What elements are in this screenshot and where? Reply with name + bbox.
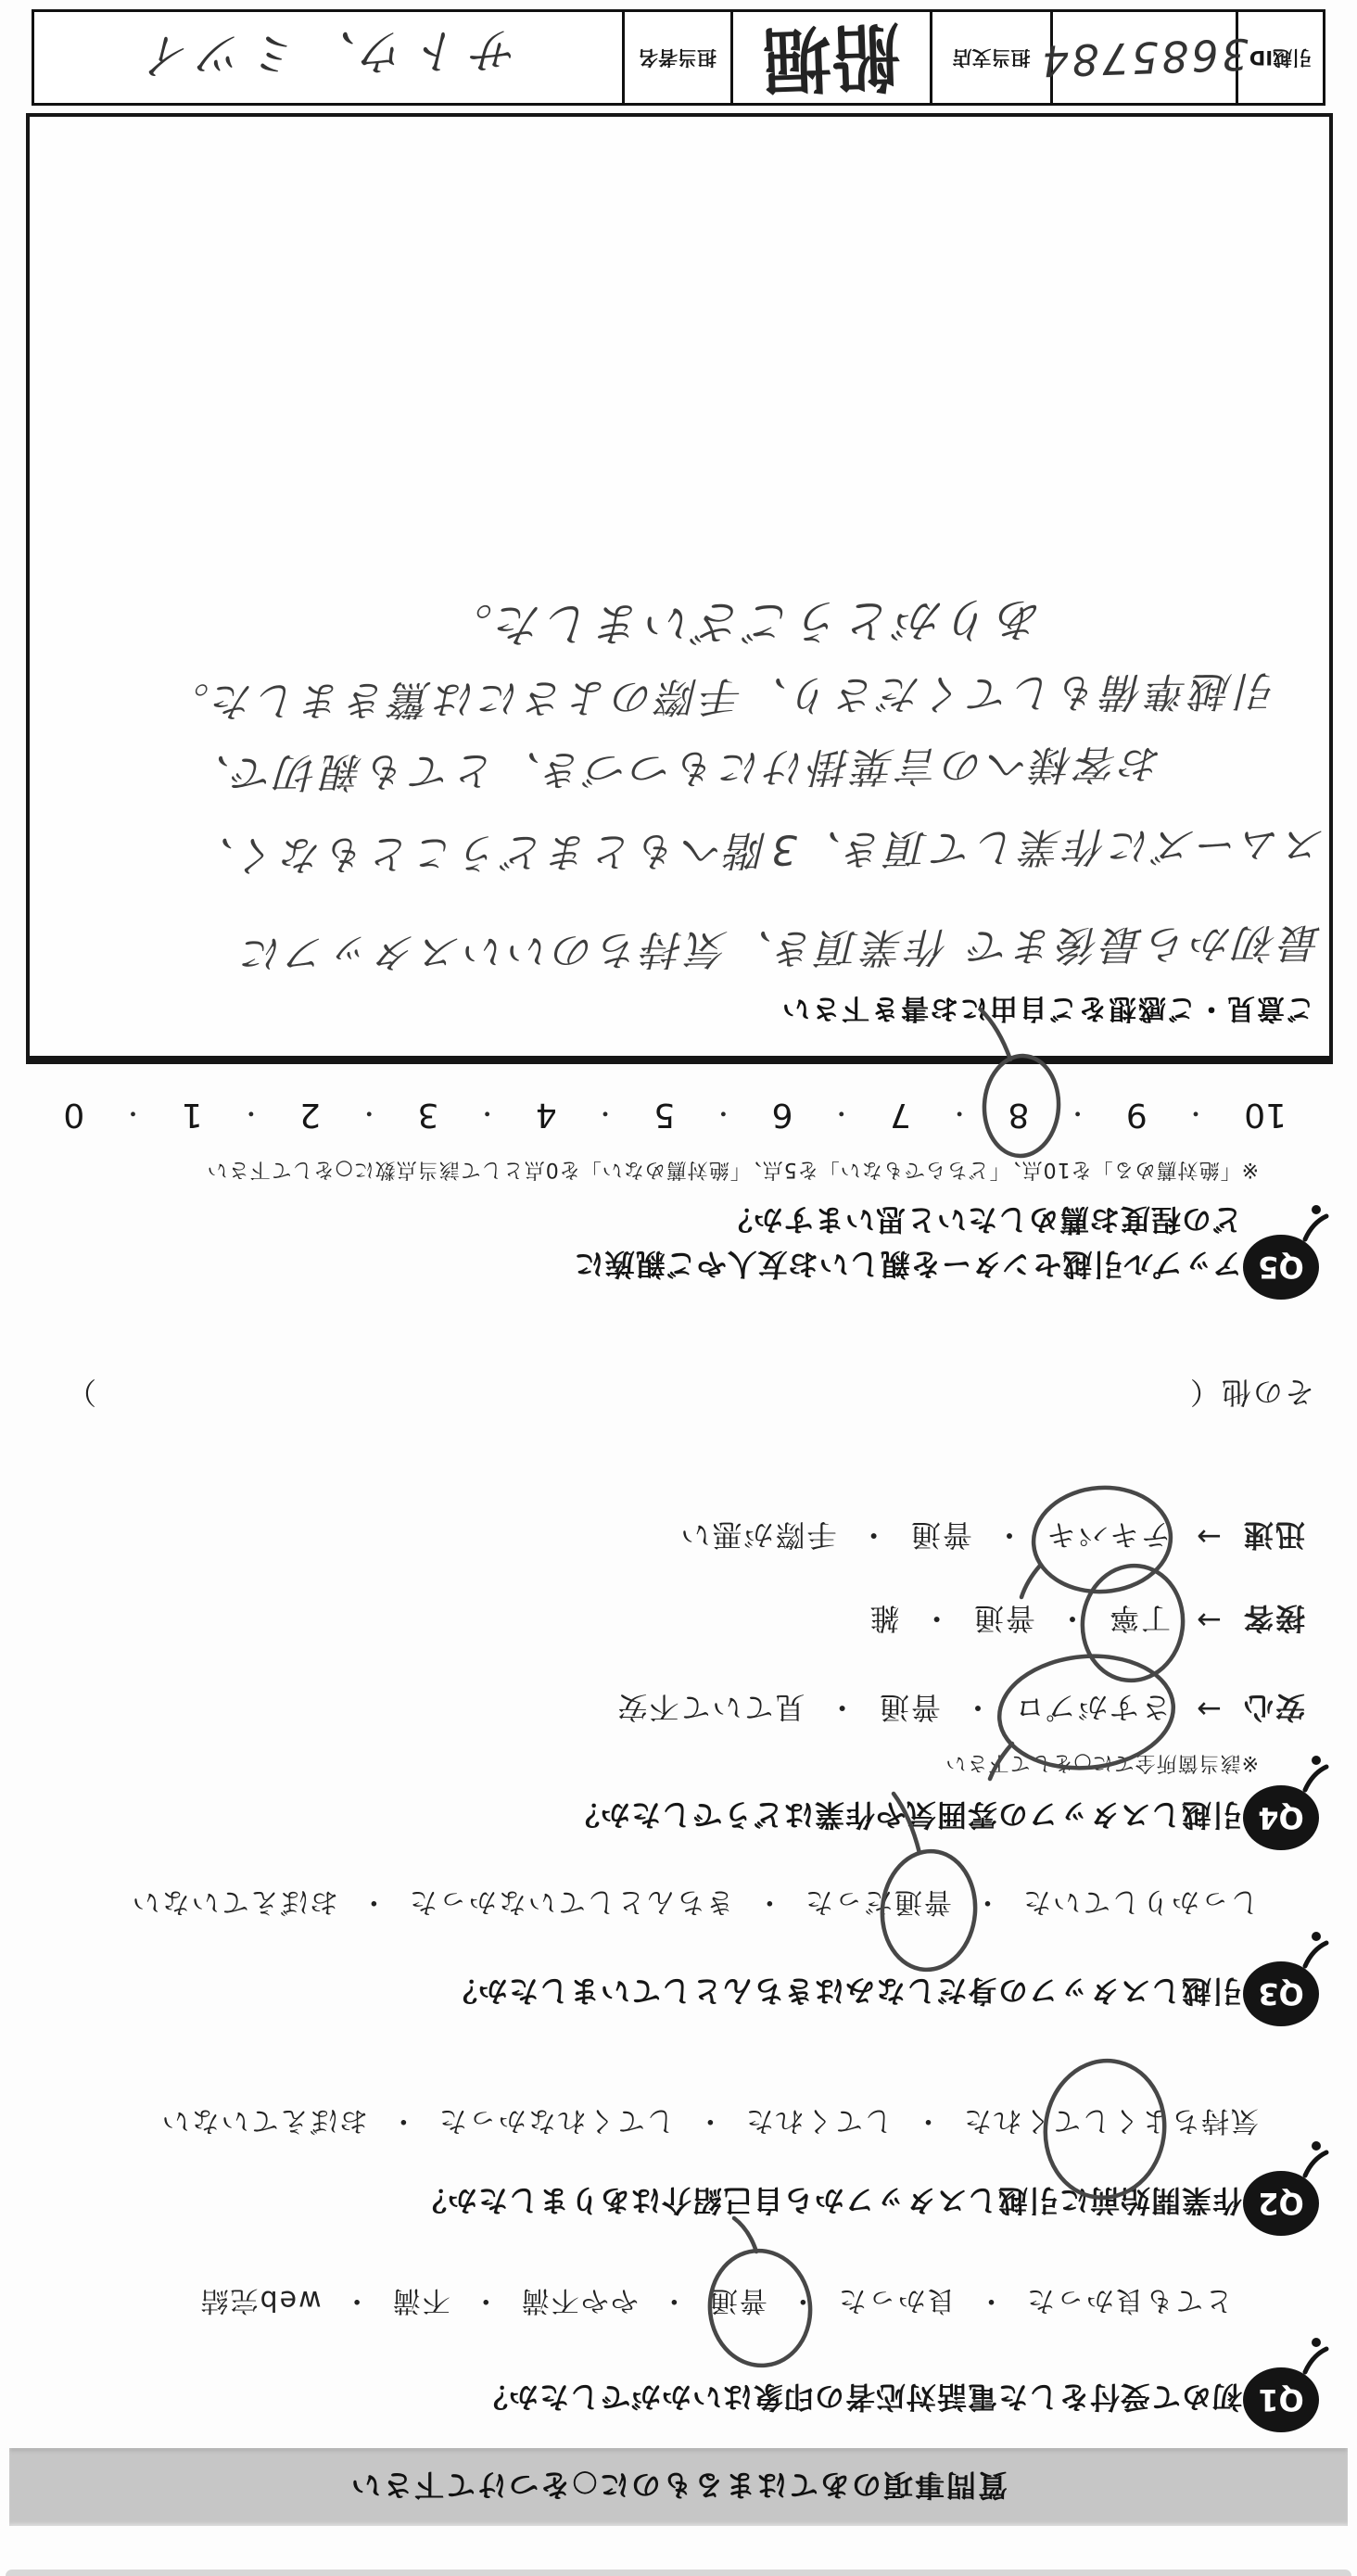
q3-badge-icon: Q3	[1231, 1927, 1333, 2031]
q2-question: 作業開始前に引越しスタッフから自己紹介はありましたか？	[416, 2181, 1242, 2224]
q4-other-close: ）	[65, 1373, 96, 1415]
q2-badge-label: Q2	[1258, 2186, 1303, 2221]
q2-options: 気持ちよくしてくれた ・ してくれた ・ してくれなかった ・ おぼえていない	[160, 2103, 1259, 2144]
q5-question-line2: どの程度お薦めしたいと思いますか？	[722, 1200, 1242, 1243]
staff-name-handwritten: サトウ、ミツイ	[136, 19, 520, 95]
scale-dot: ・	[1066, 1098, 1090, 1132]
q5-note: ※「絶対薦める」を10点、「どちらでもない」を5点、「絶対薦めない」を0点として…	[207, 1157, 1259, 1186]
q5-badge-label: Q5	[1258, 1250, 1303, 1285]
scanned-survey-page: 質問事項のあてはまるものに○をつけて下さい Q1 初めて受付をした電話対応者の印…	[0, 0, 1357, 2576]
q5-badge-icon: Q5	[1231, 1200, 1333, 1304]
handwritten-comment-line-1: 最初から最後まで 作業頂き、気持ちのいいスタッフに	[238, 917, 1322, 987]
scale-8: 8	[1008, 1096, 1029, 1134]
q4-row-jinsoku: 迅速 → テキパキ ・ 普通 ・ 手際が悪い	[678, 1516, 1305, 1558]
scale-4: 4	[536, 1096, 557, 1134]
q4-badge-label: Q4	[1258, 1800, 1303, 1835]
q1-badge-label: Q1	[1258, 2382, 1303, 2417]
scale-dot: ・	[830, 1098, 854, 1132]
q4-row-jinsoku-options: テキパキ ・ 普通 ・ 手際が悪い	[678, 1516, 1171, 1558]
scan-paper-edge	[6, 2570, 1351, 2576]
scale-9: 9	[1126, 1096, 1148, 1134]
scale-dot: ・	[357, 1098, 381, 1132]
scale-dot: ・	[120, 1098, 145, 1132]
q5-question-line1: アップル引越センターを親しいお友人やご親族に	[574, 1245, 1242, 1288]
q1-options: とても良かった ・ 良かった ・ 普通 ・ やや不満 ・ 不満 ・ web完結	[199, 2283, 1233, 2324]
arrow-icon: →	[1195, 1692, 1222, 1727]
arrow-icon: →	[1195, 1603, 1222, 1638]
q4-other-open: その他（	[1188, 1373, 1314, 1415]
scale-7: 7	[890, 1096, 911, 1134]
handwritten-comment-line-2: スムーズに作業して頂き、3階へもとまどうこともなく、	[190, 818, 1326, 890]
scale-0: 0	[63, 1096, 84, 1134]
q4-question: 引越しスタッフの雰囲気や作業はどうでしたか？	[569, 1796, 1242, 1838]
q3-options: しっかりしていた ・ 普通だった ・ きちんとしていなかった ・ おぼえていない	[131, 1884, 1259, 1925]
q4-row-anshin-options: さすがプロ ・ 普通 ・ 見ていて不安	[615, 1688, 1171, 1731]
scale-10: 10	[1244, 1096, 1287, 1134]
q4-row-sekkyaku-label: 接客	[1242, 1599, 1305, 1642]
q4-note: ※該当箇所全てに○をして下さい	[945, 1750, 1259, 1779]
scale-3: 3	[417, 1096, 438, 1134]
scale-dot: ・	[239, 1098, 263, 1132]
moving-id-value: 3685784	[1050, 12, 1236, 103]
q3-question: 引越しスタッフの身だしなみはきちんとしていましたか？	[447, 1972, 1242, 2014]
moving-id-handwritten: 3685784	[1039, 29, 1250, 86]
scale-dot: ・	[711, 1098, 735, 1132]
branch-handwritten: 船堀	[762, 21, 901, 93]
branch-value: 船堀	[730, 12, 930, 103]
staff-name-value: サトウ、ミツイ	[34, 12, 622, 103]
arrow-icon: →	[1195, 1519, 1222, 1554]
comment-box: ご意見・ご感想をご自由にお書き下さい 最初から最後まで 作業頂き、気持ちのいいス…	[26, 113, 1333, 1064]
survey-sheet-rotated-180: 質問事項のあてはまるものに○をつけて下さい Q1 初めて受付をした電話対応者の印…	[0, 0, 1357, 2576]
scale-5: 5	[653, 1096, 675, 1134]
handwritten-comment-line-4: 引越準備もしてくださり、手際のよさには驚きました。	[165, 665, 1278, 736]
q1-question: 初めて受付をした電話対応者の印象はいかがでしたか？	[477, 2378, 1242, 2420]
scale-dot: ・	[593, 1098, 617, 1132]
q4-row-sekkyaku: 接客 → 丁寧 ・ 普通 ・ 雑	[868, 1599, 1305, 1642]
handwritten-comment-line-3: お客様への言葉掛けにもつづき、とても親切で、	[185, 737, 1162, 806]
staff-id-table: 引越ID 3685784 担当支店 船堀 担当者名 サトウ、ミツイ	[32, 9, 1325, 106]
scale-2: 2	[299, 1096, 321, 1134]
q4-row-sekkyaku-options: 丁寧 ・ 普通 ・ 雑	[868, 1599, 1171, 1642]
q1-badge-icon: Q1	[1231, 2333, 1333, 2437]
q2-badge-icon: Q2	[1231, 2137, 1333, 2240]
q4-row-anshin-label: 安心	[1242, 1688, 1305, 1731]
q4-other-blank-field	[96, 1373, 1188, 1415]
handwritten-comment-line-5: ありがとうございました。	[443, 590, 1045, 663]
q3-badge-label: Q3	[1258, 1976, 1303, 2011]
comment-box-header: ご意見・ご感想をご自由にお書き下さい	[780, 991, 1314, 1032]
scale-6: 6	[772, 1096, 793, 1134]
q4-row-jinsoku-label: 迅速	[1242, 1516, 1305, 1558]
q4-row-anshin: 安心 → さすがプロ ・ 普通 ・ 見ていて不安	[615, 1688, 1305, 1731]
scale-dot: ・	[476, 1098, 500, 1132]
branch-label: 担当支店	[930, 12, 1050, 103]
scale-1: 1	[182, 1096, 203, 1134]
instruction-banner: 質問事項のあてはまるものに○をつけて下さい	[9, 2448, 1348, 2526]
q4-other-row: その他（ ）	[65, 1373, 1314, 1415]
scale-dot: ・	[1184, 1098, 1208, 1132]
staff-name-label: 担当者名	[622, 12, 730, 103]
scale-dot: ・	[947, 1098, 971, 1132]
q5-score-scale: 10 ・ 9 ・ 8 ・ 7 ・ 6 ・ 5 ・ 4 ・ 3 ・ 2 ・ 1 ・…	[63, 1096, 1287, 1134]
